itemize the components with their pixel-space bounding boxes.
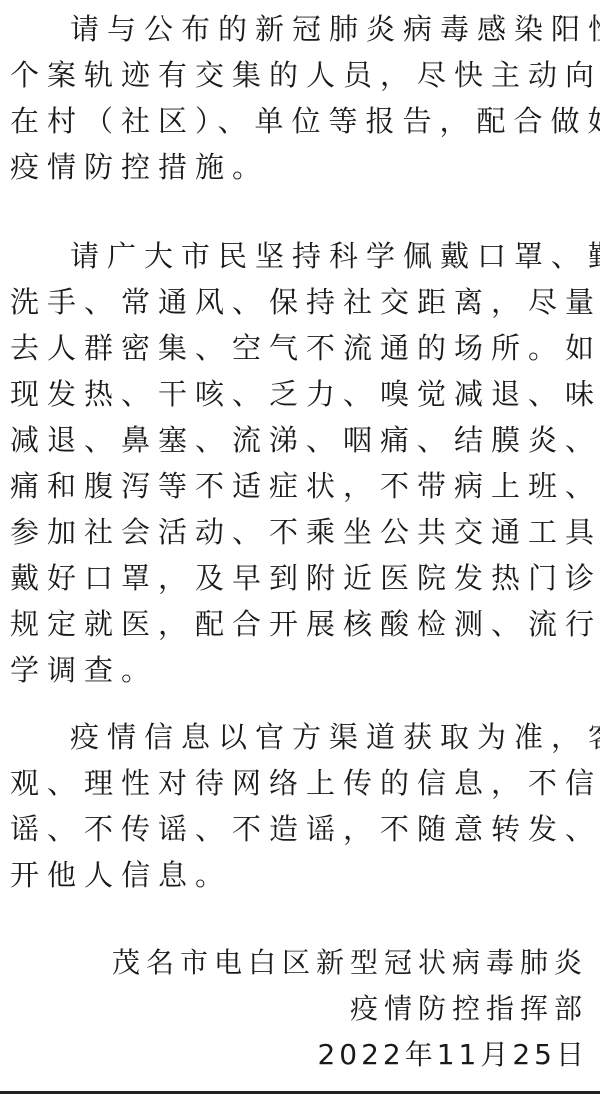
notice-document: 请与公布的新冠肺炎病毒感染阳性 个案轨迹有交集的人员，尽快主动向所 在村（社区）… [0,0,600,1094]
text-line: 减退、鼻塞、流涕、咽痛、结膜炎、肌 [10,417,590,463]
paragraph-report-contact: 请与公布的新冠肺炎病毒感染阳性 个案轨迹有交集的人员，尽快主动向所 在村（社区）… [10,6,590,190]
text-line: 开他人信息。 [10,852,590,898]
paragraph-public-precautions: 请广大市民坚持科学佩戴口罩、勤 洗手、常通风、保持社交距离，尽量不 去人群密集、… [10,233,590,693]
text-line: 戴好口罩，及早到附近医院发热门诊按 [10,555,590,601]
text-line: 个案轨迹有交集的人员，尽快主动向所 [10,52,590,98]
text-line: 疫情防控措施。 [10,144,590,190]
text-line: 请广大市民坚持科学佩戴口罩、勤 [10,233,590,279]
text-line: 痛和腹泻等不适症状，不带病上班、不 [10,463,590,509]
text-line: 学调查。 [10,647,590,693]
text-line: 观、理性对待网络上传的信息，不信 [10,760,590,806]
text-line: 洗手、常通风、保持社交距离，尽量不 [10,279,590,325]
text-line: 去人群密集、空气不流通的场所。如出 [10,325,590,371]
text-line: 现发热、干咳、乏力、嗅觉减退、味觉 [10,371,590,417]
text-line: 谣、不传谣、不造谣，不随意转发、公 [10,806,590,852]
paragraph-official-information: 疫情信息以官方渠道获取为准，客 观、理性对待网络上传的信息，不信 谣、不传谣、不… [10,714,590,898]
signature-block: 茂名市电白区新型冠状病毒肺炎 疫情防控指挥部 2022年11月25日 [112,940,588,1078]
text-line: 在村（社区）、单位等报告，配合做好 [10,98,590,144]
text-line: 疫情信息以官方渠道获取为准，客 [10,714,590,760]
issuing-organization: 茂名市电白区新型冠状病毒肺炎 [112,940,588,986]
issuing-organization-unit: 疫情防控指挥部 [112,986,588,1032]
text-line: 请与公布的新冠肺炎病毒感染阳性 [10,6,590,52]
text-line: 参加社会活动、不乘坐公共交通工具， [10,509,590,555]
text-line: 规定就医，配合开展核酸检测、流行病 [10,601,590,647]
issue-date: 2022年11月25日 [112,1032,588,1078]
